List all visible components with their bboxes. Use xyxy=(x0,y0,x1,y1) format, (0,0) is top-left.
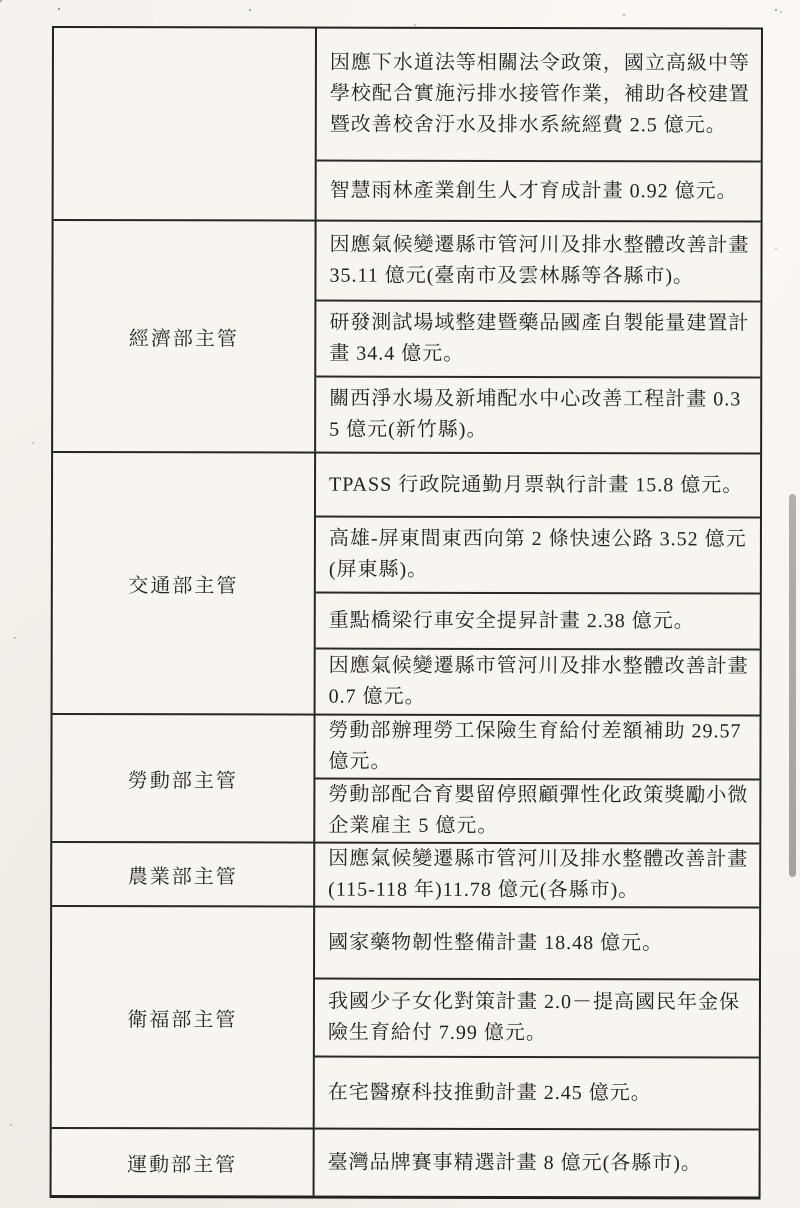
items-column: 勞動部辦理勞工保險生育給付差額補助 29.57 億元。 勞動部配合育嬰留停照顧彈… xyxy=(315,716,759,843)
ministry-label: 勞動部主管 xyxy=(128,764,238,793)
ministry-cell: 勞動部主管 xyxy=(52,715,315,842)
ministry-label: 農業部主管 xyxy=(128,860,238,889)
table-row: 因應氣候變遷縣市管河川及排水整體改善計畫 0.7 億元。 xyxy=(316,648,760,715)
budget-item-text: 臺灣品牌賽事精選計畫 8 億元(各縣市)。 xyxy=(328,1147,702,1179)
ministry-cell-empty xyxy=(54,28,317,220)
table-row: 因應氣候變遷縣市管河川及排水整體改善計畫(115-118 年)11.78 億元(… xyxy=(315,844,759,907)
ministry-label: 交通部主管 xyxy=(128,569,238,598)
budget-item-text: 高雄-屏東間東西向第 2 條快速公路 3.52 億元(屏東縣)。 xyxy=(329,524,750,587)
table-row: 臺灣品牌賽事精選計畫 8 億元(各縣市)。 xyxy=(315,1130,759,1197)
ministry-cell: 運動部主管 xyxy=(52,1129,315,1196)
items-column: 因應下水道法等相關法令政策，國立高級中等學校配合實施污排水接管作業，補助各校建置… xyxy=(317,29,761,221)
table-section-agriculture: 農業部主管 因應氣候變遷縣市管河川及排水整體改善計畫(115-118 年)11.… xyxy=(52,841,759,906)
table-row: 在宅醫療科技推動計畫 2.45 億元。 xyxy=(315,1056,759,1129)
budget-item-text: 因應下水道法等相關法令政策，國立高級中等學校配合實施污排水接管作業，補助各校建置… xyxy=(330,48,751,142)
ministry-label: 經濟部主管 xyxy=(129,322,239,351)
table-row: 智慧雨林產業創生人才育成計畫 0.92 億元。 xyxy=(317,160,761,221)
budget-item-text: 勞動部配合育嬰留停照顧彈性化政策獎勵小微企業雇主 5 億元。 xyxy=(328,780,749,843)
items-column: 因應氣候變遷縣市管河川及排水整體改善計畫 35.11 億元(臺南市及雲林縣等各縣… xyxy=(316,222,760,453)
table-row: 高雄-屏東間東西向第 2 條快速公路 3.52 億元(屏東縣)。 xyxy=(316,516,760,593)
table-section-economy: 經濟部主管 因應氣候變遷縣市管河川及排水整體改善計畫 35.11 億元(臺南市及… xyxy=(53,219,760,452)
items-column: 因應氣候變遷縣市管河川及排水整體改善計畫(115-118 年)11.78 億元(… xyxy=(315,844,759,907)
table-section-health-welfare: 衛福部主管 國家藥物韌性整備計畫 18.48 億元。 我國少子女化對策計畫 2.… xyxy=(52,905,759,1128)
ministry-cell: 交通部主管 xyxy=(53,453,317,714)
table-row: 勞動部配合育嬰留停照顧彈性化政策獎勵小微企業雇主 5 億元。 xyxy=(315,778,759,843)
table-row: 勞動部辦理勞工保險生育給付差額補助 29.57 億元。 xyxy=(315,716,759,779)
items-column: TPASS 行政院通勤月票執行計畫 15.8 億元。 高雄-屏東間東西向第 2 … xyxy=(316,454,761,715)
items-column: 國家藥物韌性整備計畫 18.48 億元。 我國少子女化對策計畫 2.0－提高國民… xyxy=(315,908,759,1129)
budget-item-text: 勞動部辦理勞工保險生育給付差額補助 29.57 億元。 xyxy=(328,716,749,779)
budget-item-text: 我國少子女化對策計畫 2.0－提高國民年金保險生育給付 7.99 億元。 xyxy=(328,987,749,1050)
table-row: 因應下水道法等相關法令政策，國立高級中等學校配合實施污排水接管作業，補助各校建置… xyxy=(317,29,761,161)
budget-item-text: 國家藥物韌性整備計畫 18.48 億元。 xyxy=(328,927,663,959)
items-column: 臺灣品牌賽事精選計畫 8 億元(各縣市)。 xyxy=(315,1130,759,1197)
budget-item-text: 因應氣候變遷縣市管河川及排水整體改善計畫 0.7 億元。 xyxy=(329,651,750,714)
table-row: 因應氣候變遷縣市管河川及排水整體改善計畫 35.11 億元(臺南市及雲林縣等各縣… xyxy=(316,222,760,301)
budget-item-text: 在宅醫療科技推動計畫 2.45 億元。 xyxy=(328,1077,652,1109)
ministry-label: 衛福部主管 xyxy=(127,1003,237,1032)
budget-item-text: 因應氣候變遷縣市管河川及排水整體改善計畫 35.11 億元(臺南市及雲林縣等各縣… xyxy=(329,230,750,293)
budget-item-text: 因應氣候變遷縣市管河川及排水整體改善計畫(115-118 年)11.78 億元(… xyxy=(328,844,749,907)
budget-table: 因應下水道法等相關法令政策，國立高級中等學校配合實施污排水接管作業，補助各校建置… xyxy=(50,26,763,1199)
table-row: 我國少子女化對策計畫 2.0－提高國民年金保險生育給付 7.99 億元。 xyxy=(315,978,759,1057)
budget-item-text: 智慧雨林產業創生人才育成計畫 0.92 億元。 xyxy=(330,175,738,207)
table-section-transport: 交通部主管 TPASS 行政院通勤月票執行計畫 15.8 億元。 高雄-屏東間東… xyxy=(53,451,761,714)
table-section-sports: 運動部主管 臺灣品牌賽事精選計畫 8 億元(各縣市)。 xyxy=(52,1127,759,1196)
budget-item-text: TPASS 行政院通勤月票執行計畫 15.8 億元。 xyxy=(329,469,743,501)
table-row: 國家藥物韌性整備計畫 18.48 億元。 xyxy=(315,908,759,979)
budget-item-text: 研發測試場域整建暨藥品國產自製能量建置計畫 34.4 億元。 xyxy=(329,308,750,371)
scan-noise-speckles xyxy=(0,0,2,2)
table-row: TPASS 行政院通勤月票執行計畫 15.8 億元。 xyxy=(316,454,760,517)
table-row: 重點橋梁行車安全提昇計畫 2.38 億元。 xyxy=(316,592,760,649)
ministry-cell: 經濟部主管 xyxy=(53,221,316,452)
ministry-cell: 農業部主管 xyxy=(52,843,315,906)
table-row: 關西淨水場及新埔配水中心改善工程計畫 0.35 億元(新竹縣)。 xyxy=(316,376,760,453)
table-section-continuation: 因應下水道法等相關法令政策，國立高級中等學校配合實施污排水接管作業，補助各校建置… xyxy=(54,28,761,220)
ministry-label: 運動部主管 xyxy=(127,1148,237,1177)
ministry-cell: 衛福部主管 xyxy=(52,907,315,1128)
table-row: 研發測試場域整建暨藥品國產自製能量建置計畫 34.4 億元。 xyxy=(316,300,760,377)
table-section-labor: 勞動部主管 勞動部辦理勞工保險生育給付差額補助 29.57 億元。 勞動部配合育… xyxy=(52,713,759,842)
budget-item-text: 重點橋梁行車安全提昇計畫 2.38 億元。 xyxy=(329,605,695,637)
budget-item-text: 關西淨水場及新埔配水中心改善工程計畫 0.35 億元(新竹縣)。 xyxy=(329,384,750,447)
scrollbar-thumb[interactable] xyxy=(789,494,796,877)
